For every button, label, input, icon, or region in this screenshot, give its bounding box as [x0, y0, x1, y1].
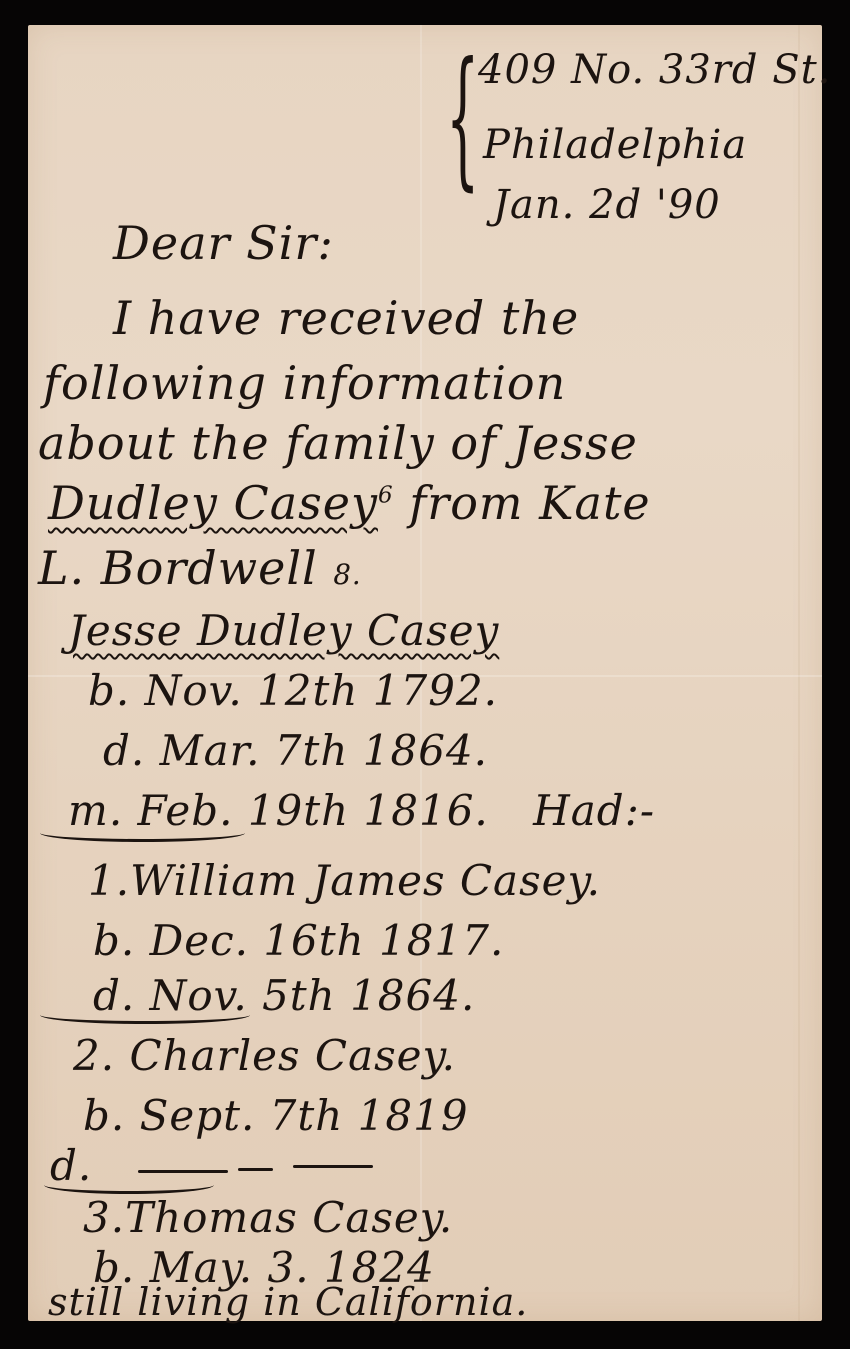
- child-1-separator: [40, 1015, 250, 1024]
- child-2-born: b. Sept. 7th 1819: [83, 1095, 469, 1137]
- body-line-1: I have received the: [113, 295, 579, 341]
- photo-frame: { 409 No. 33rd St. Philadelphia Jan. 2d …: [0, 0, 850, 1349]
- subject-born: b. Nov. 12th 1792.: [88, 670, 498, 712]
- subject-married: m. Feb. 19th 1816.: [68, 786, 489, 835]
- body-line-4: Dudley Casey6 from Kate: [48, 480, 651, 526]
- married-underline: [40, 833, 245, 842]
- address-line: 409 No. 33rd St.: [478, 50, 831, 90]
- child-2-name: Charles Casey.: [129, 1031, 456, 1080]
- salutation: Dear Sir:: [113, 220, 334, 266]
- source-name: L. Bordwell: [38, 541, 318, 595]
- subject-name-underlined: Dudley Casey: [48, 476, 378, 530]
- child-2-number: 2.: [73, 1031, 115, 1080]
- source-from: from Kate: [409, 476, 650, 530]
- subject-married-line: m. Feb. 19th 1816. Had:-: [68, 790, 655, 832]
- body-line-2: following information: [43, 360, 566, 406]
- child-1-born: b. Dec. 16th 1817.: [93, 920, 504, 962]
- child-2-died-blank-3: [293, 1165, 373, 1168]
- subject-name: Jesse Dudley Casey: [68, 610, 499, 652]
- address-city: Philadelphia: [483, 125, 747, 165]
- letter-date: Jan. 2d '90: [493, 185, 721, 225]
- child-2-name-line: 2. Charles Casey.: [73, 1035, 456, 1077]
- address-brace: {: [446, 43, 479, 193]
- fold-line-vertical-right: [798, 25, 800, 1321]
- child-3-number: 3.: [83, 1193, 125, 1242]
- generation-mark-bordwell: 8.: [333, 558, 361, 591]
- subject-died: d. Mar. 7th 1864.: [103, 730, 488, 772]
- child-1-died: d. Nov. 5th 1864.: [93, 975, 475, 1017]
- child-3-name: Thomas Casey.: [125, 1193, 453, 1242]
- child-1-number: 1.: [88, 856, 130, 905]
- generation-mark-casey: 6: [378, 483, 394, 509]
- body-line-3: about the family of Jesse: [38, 420, 638, 466]
- child-2-died-blank-2: [238, 1168, 273, 1171]
- child-2-died-blank-1: [138, 1170, 228, 1173]
- child-1-name: William James Casey.: [130, 856, 601, 905]
- body-line-5: L. Bordwell 8.: [38, 545, 362, 591]
- child-2-died: d.: [50, 1145, 92, 1187]
- child-3-note: still living in California.: [48, 1283, 528, 1321]
- letter-paper: { 409 No. 33rd St. Philadelphia Jan. 2d …: [28, 25, 822, 1321]
- child-3-name-line: 3.Thomas Casey.: [83, 1197, 453, 1239]
- had-label: Had:-: [533, 786, 655, 835]
- child-1-name-line: 1.William James Casey.: [88, 860, 601, 902]
